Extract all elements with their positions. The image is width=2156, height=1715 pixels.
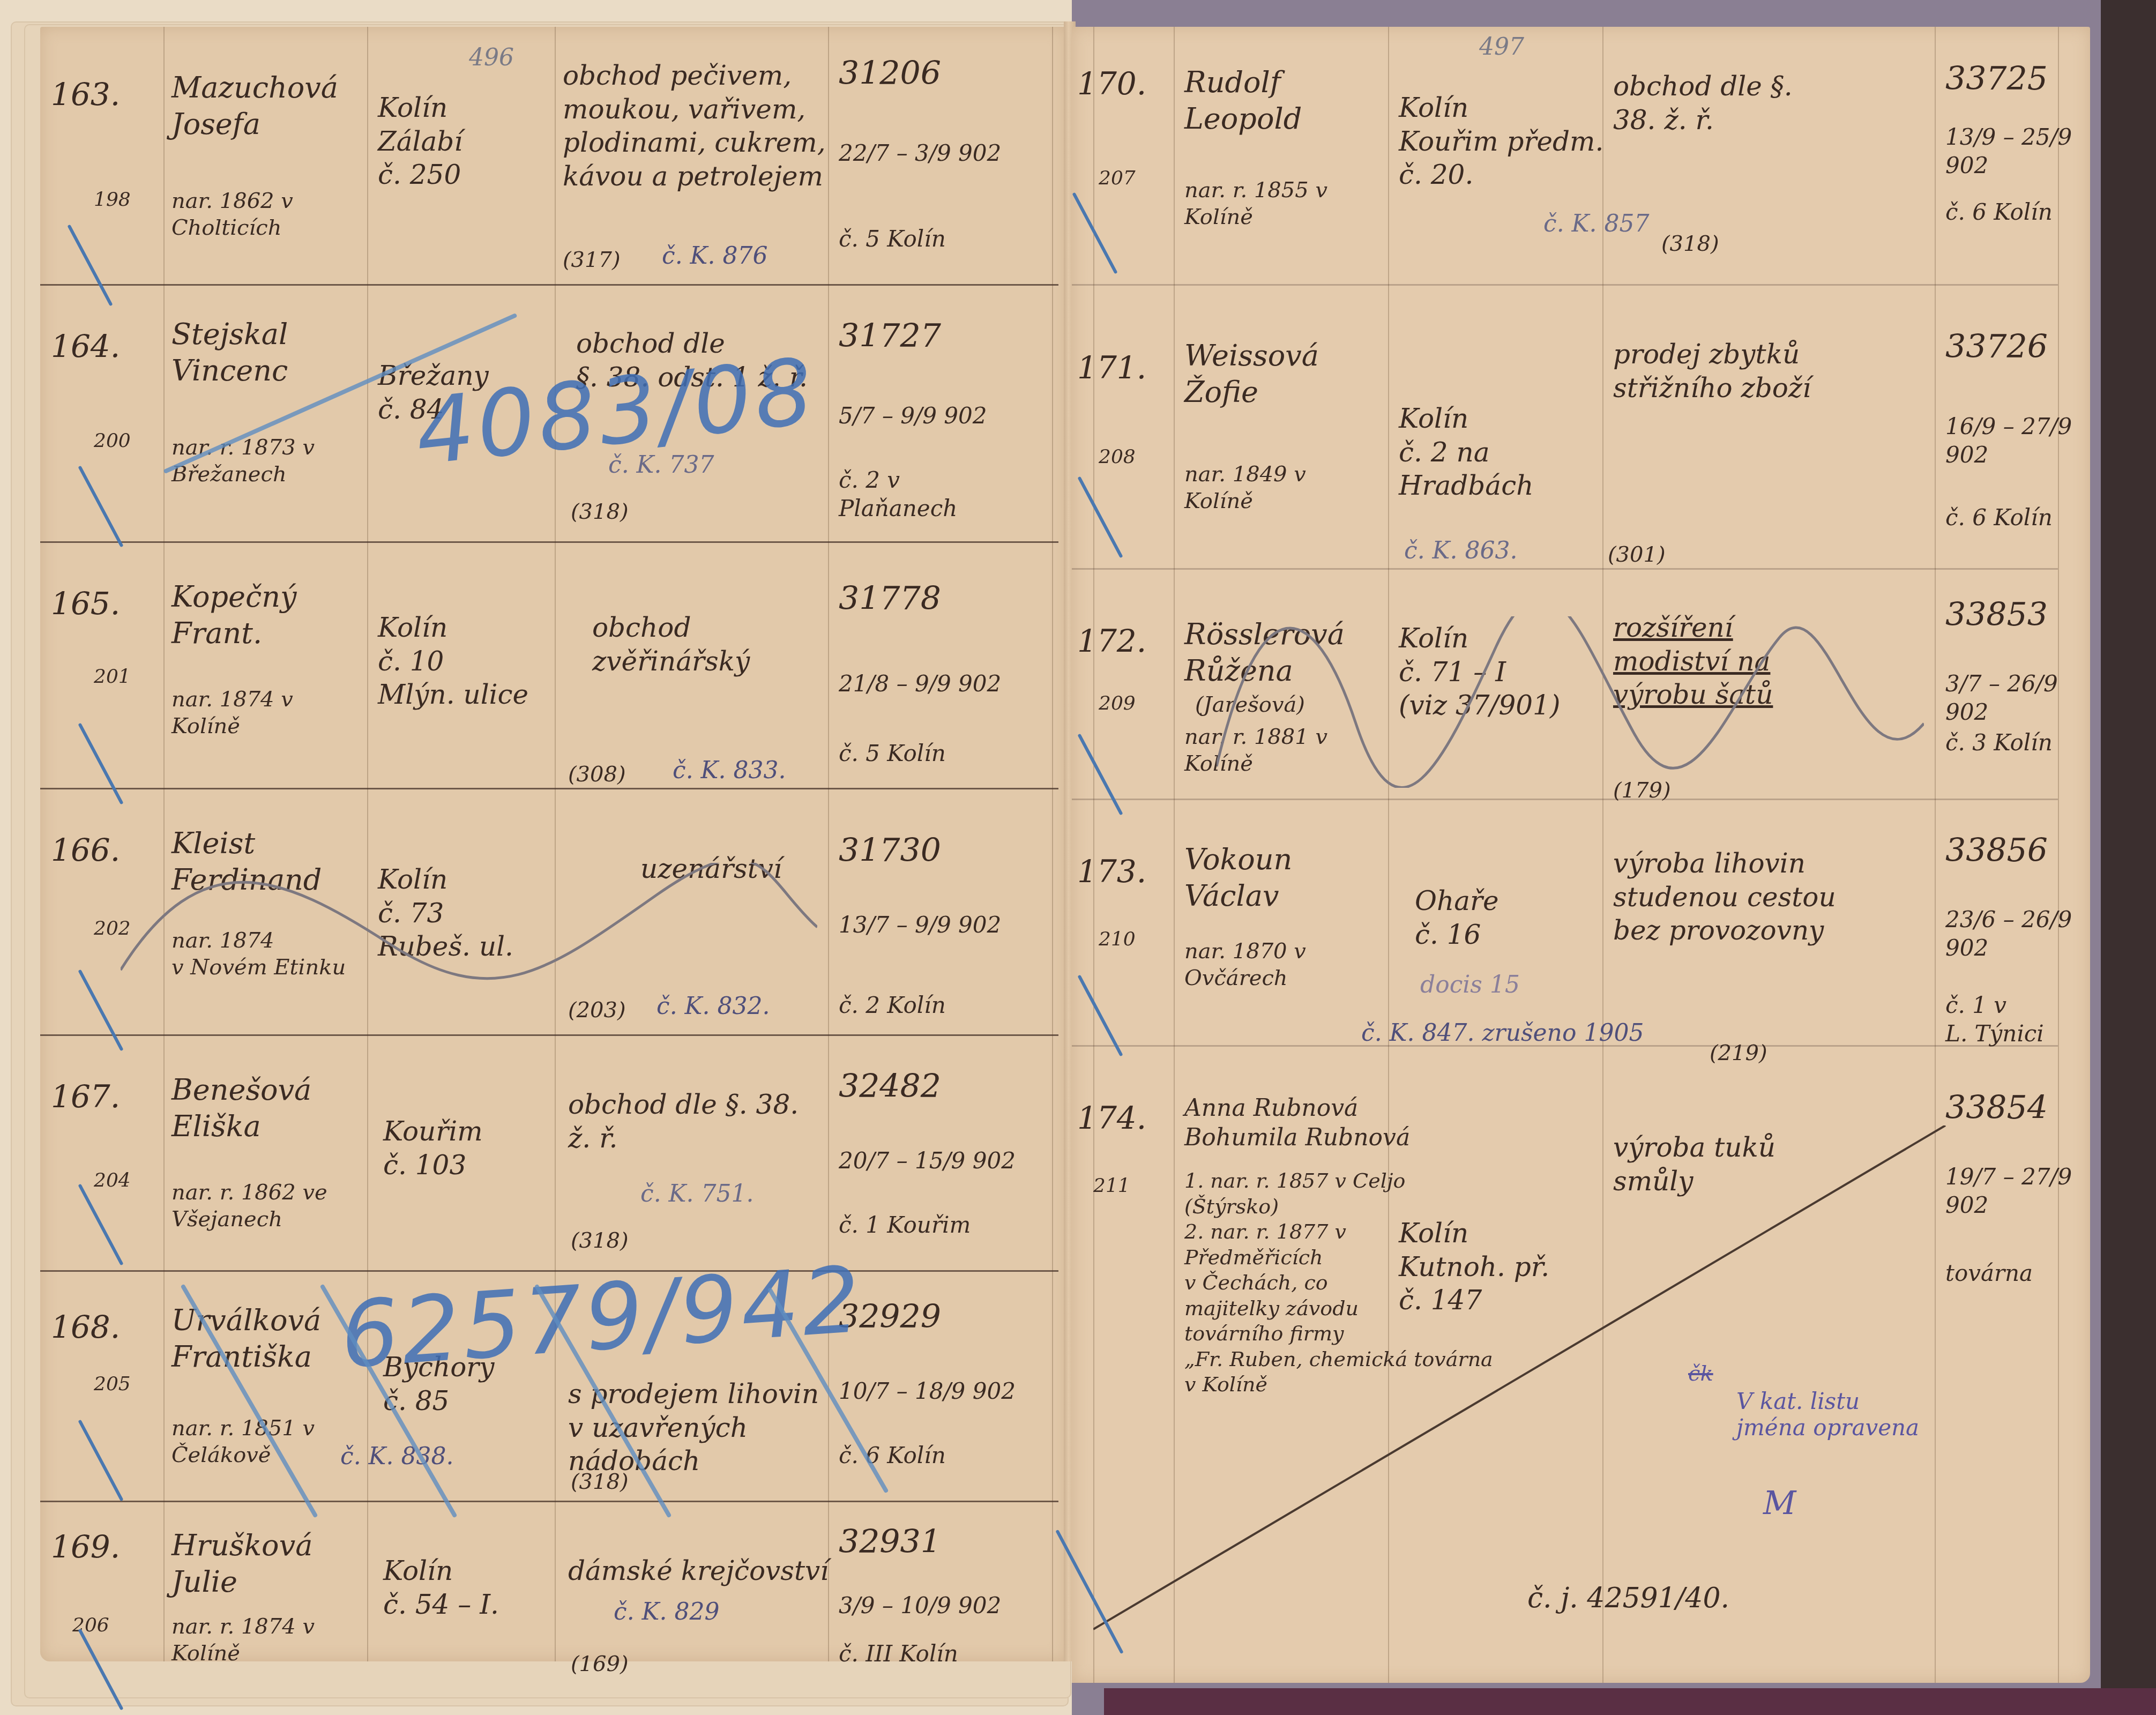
row-divider — [40, 541, 1058, 543]
column-rule — [828, 27, 829, 1661]
entry-business: obchod zvěřinářský — [592, 611, 750, 678]
entry-number: 166. — [51, 831, 120, 870]
entry-index: 201 — [94, 665, 131, 689]
entry-location: Ohaře č. 16 — [1415, 884, 1499, 951]
entry-index: 208 — [1099, 445, 1136, 469]
row-divider — [40, 1034, 1058, 1036]
entry-reg-number: 33726 — [1945, 327, 2048, 367]
entry-business: s prodejem lihovin v uzavřených nádobách — [568, 1377, 819, 1478]
column-rule — [163, 27, 165, 1661]
entry-number: 164. — [51, 327, 120, 366]
entry-name: Stejskal Vincenc — [171, 316, 288, 389]
check-mark-icon — [1077, 476, 1123, 558]
page-number: 496 — [469, 43, 514, 72]
entry-ck-number: č. K. 847. zrušeno 1905 — [1361, 1018, 1644, 1048]
initials: M — [1763, 1485, 1796, 1522]
entry-number: 167. — [51, 1077, 120, 1116]
check-mark-icon — [1072, 192, 1117, 274]
entry-district: č. 5 Kolín — [839, 225, 946, 253]
entry-name: Benešová Eliška — [171, 1072, 311, 1144]
entry-ck-number: č. K. 832. — [657, 991, 770, 1021]
column-rule — [367, 27, 368, 1661]
row-divider — [40, 1501, 1058, 1502]
entry-reg-number: 32931 — [839, 1522, 941, 1562]
entry-business: obchod pečivem, moukou, vařivem, plodina… — [563, 59, 826, 193]
row-divider — [40, 788, 1058, 789]
entry-number: 170. — [1077, 64, 1146, 103]
entry-name: Hrušková Julie — [171, 1527, 312, 1600]
entry-number: 169. — [51, 1527, 120, 1567]
row-divider — [1072, 799, 2058, 800]
entry-reg-number: 33856 — [1945, 831, 2048, 871]
entry-district: č. 2 Kolín — [839, 991, 946, 1020]
entry-district: č. 6 Kolín — [839, 1442, 946, 1470]
entry-district: č. 1 Kouřim — [839, 1211, 971, 1240]
entry-district: č. 1 v L. Týnici — [1945, 991, 2044, 1048]
pencil-wave-cancellation — [121, 863, 817, 991]
entry-number: 171. — [1077, 348, 1146, 387]
entry-index: 210 — [1099, 927, 1136, 951]
entry-ref-paren: (317) — [563, 247, 621, 273]
entry-number: 165. — [51, 584, 120, 623]
column-rule — [1052, 27, 1053, 1661]
column-rule — [555, 27, 556, 1661]
check-mark-icon — [1077, 975, 1123, 1057]
check-mark-icon — [78, 1420, 123, 1502]
entry-ck-number: č. K. 751. — [640, 1179, 754, 1209]
entry-reg-number: 33725 — [1945, 59, 2048, 99]
struck-note: čk — [1688, 1361, 1713, 1386]
entry-ck-number: č. K. 876 — [662, 241, 767, 271]
book-cover-marbled — [1104, 1688, 2156, 1715]
entry-ck-number: č. K. 833. — [673, 756, 786, 785]
entry-district: č. 2 v Plaňanech — [839, 466, 957, 523]
check-mark-icon — [78, 466, 123, 548]
row-divider — [40, 284, 1058, 286]
entry-name: Kopečný Frant. — [171, 579, 296, 651]
entry-ref-paren: (318) — [571, 1468, 629, 1495]
entry-reg-number: 31778 — [839, 579, 941, 619]
entry-ref-paren: (169) — [571, 1651, 629, 1677]
entry-ck-number: č. K. 838. — [340, 1442, 453, 1471]
entry-date: 22/7 – 3/9 902 — [839, 139, 1001, 168]
entry-number: 168. — [51, 1308, 120, 1347]
entry-location: Kolín Kouřim předm. č. 20. — [1399, 91, 1603, 192]
entry-ck-number: č. K. 857 — [1543, 209, 1649, 238]
entry-reg-number: 31730 — [839, 831, 941, 871]
margin-note: V kat. listu jména opravena — [1736, 1388, 1919, 1441]
entry-date: 21/8 – 9/9 902 — [839, 670, 1001, 698]
row-divider — [1072, 284, 2058, 286]
check-mark-icon — [1077, 734, 1123, 816]
entry-date: 5/7 – 9/9 902 — [839, 402, 987, 430]
entry-district: č. 3 Kolín — [1945, 729, 2053, 757]
entry-location: Kolín č. 54 – I. — [383, 1554, 499, 1621]
entry-number: 163. — [51, 75, 120, 114]
entry-ref-paren: (219) — [1710, 1040, 1767, 1067]
entry-reg-number: 31206 — [839, 54, 941, 94]
entry-ref-paren: (301) — [1608, 541, 1666, 568]
entry-location: Kolín č. 2 na Hradbách — [1399, 402, 1533, 503]
entry-index: 200 — [94, 429, 131, 453]
entry-date: 3/7 – 26/9 902 — [1945, 670, 2090, 726]
row-divider — [1072, 568, 2058, 570]
entry-birth: nar. r. 1874 v Kolíně — [171, 1613, 315, 1667]
entry-number: 172. — [1077, 622, 1146, 661]
entry-location: Kolín Zálabí č. 250 — [378, 91, 462, 192]
entry-reg-number: 33853 — [1945, 595, 2048, 635]
entry-location: Kouřim č. 103 — [383, 1115, 483, 1182]
entry-date: 13/9 – 25/9 902 — [1945, 123, 2090, 180]
ledger-page-right: 497 170. 207 Rudolf Leopold nar. r. 1855… — [1072, 27, 2090, 1683]
entry-date: 19/7 – 27/9 902 — [1945, 1163, 2090, 1219]
file-reference: č. j. 42591/40. — [1527, 1581, 1729, 1616]
entry-ref-paren: (308) — [568, 761, 626, 788]
entry-date: 3/9 – 10/9 902 — [839, 1592, 1001, 1620]
entry-name: Rudolf Leopold — [1184, 64, 1302, 137]
diagonal-cancellation-line — [1093, 1125, 1951, 1635]
entry-ref-paren: (318) — [571, 1227, 629, 1254]
entry-location-note: docis 15 — [1420, 970, 1520, 1000]
entry-birth: nar. 1849 v Kolíně — [1184, 461, 1306, 514]
entry-index: 205 — [94, 1372, 131, 1396]
entry-birth: nar. 1862 v Cholticích — [171, 188, 293, 241]
entry-birth: nar. r. 1851 v Čelákově — [171, 1415, 315, 1468]
entry-date: 20/7 – 15/9 902 — [839, 1147, 1016, 1175]
entry-index: 209 — [1099, 691, 1136, 715]
check-mark-icon — [78, 723, 123, 805]
check-mark-icon — [78, 970, 123, 1052]
entry-name: Weissová Žofie — [1184, 338, 1319, 410]
entry-date: 10/7 – 18/9 902 — [839, 1377, 1016, 1406]
entry-birth: nar. 1870 v Ovčárech — [1184, 938, 1306, 991]
entry-district: č. 6 Kolín — [1945, 198, 2053, 227]
entry-district: továrna — [1945, 1259, 2033, 1288]
entry-name: Vokoun Václav — [1184, 841, 1292, 914]
check-mark-icon — [78, 1184, 123, 1266]
entry-name: Urválková Františka — [171, 1302, 321, 1375]
entry-birth: nar. r. 1855 v Kolíně — [1184, 177, 1327, 230]
book-cover-edge — [2101, 0, 2156, 1715]
entry-birth: nar. 1874 v Kolíně — [171, 686, 293, 740]
entry-business: výroba lihovin studenou cestou bez provo… — [1613, 847, 1836, 948]
column-rule — [2058, 27, 2059, 1683]
entry-index: 198 — [94, 188, 131, 212]
page-number: 497 — [1479, 32, 1524, 62]
entry-date: 13/7 – 9/9 902 — [839, 911, 1001, 939]
entry-business: obchod dle §. 38. ž. ř. — [1613, 70, 1793, 137]
entry-ref-paren: (318) — [1661, 230, 1719, 257]
entry-business: obchod dle §. 38. ž. ř. — [568, 1088, 799, 1155]
entry-reg-number: 31727 — [839, 316, 941, 356]
entry-location: Kolín č. 10 Mlýn. ulice — [378, 611, 528, 712]
entry-business: dámské krejčovství — [568, 1554, 829, 1588]
entry-district: č. 5 Kolín — [839, 740, 946, 768]
check-mark-icon — [67, 225, 113, 307]
pencil-wave-cancellation — [1217, 616, 1924, 788]
entry-birth: nar. r. 1862 ve Všejanech — [171, 1179, 327, 1233]
entry-district: č. 6 Kolín — [1945, 504, 2053, 532]
entry-name: Mazuchová Josefa — [171, 70, 338, 142]
ledger-page-left: 496 163. 198 Mazuchová Josefa nar. 1862 … — [40, 27, 1066, 1661]
entry-reg-number: 32482 — [839, 1067, 941, 1107]
entry-district: č. III Kolín — [839, 1640, 958, 1668]
entry-number: 173. — [1077, 852, 1146, 891]
entry-reg-number: 33854 — [1945, 1088, 2048, 1128]
entry-index: 206 — [72, 1613, 109, 1637]
entry-ck-number: č. K. 863. — [1404, 536, 1517, 565]
entry-ref-paren: (318) — [571, 498, 629, 525]
entry-date: 23/6 – 26/9 902 — [1945, 906, 2090, 962]
entry-ck-number: č. K. 829 — [614, 1597, 719, 1627]
entry-business: prodej zbytků střižního zboží — [1613, 338, 1811, 405]
entry-index: 207 — [1099, 166, 1136, 190]
entry-date: 16/9 – 27/9 902 — [1945, 413, 2090, 469]
entry-ref-paren: (203) — [568, 997, 626, 1024]
entry-index: 204 — [94, 1168, 131, 1192]
